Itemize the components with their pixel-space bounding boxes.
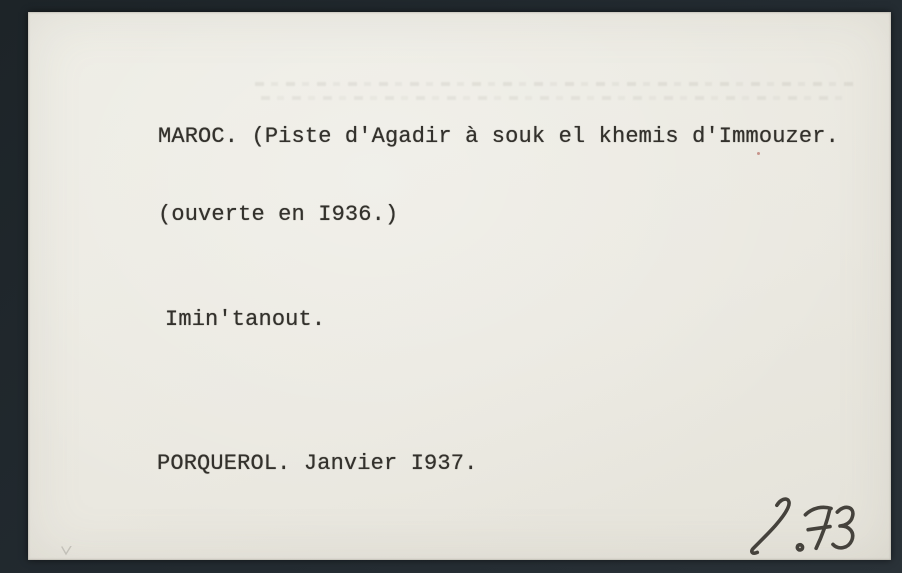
handwritten-inventory-number: L.73 (740, 491, 863, 563)
handwritten-number-text: L.73 (744, 563, 745, 564)
typewritten-line-title: MAROC. (Piste d'Agadir à souk el khemis … (158, 124, 839, 150)
faint-pencil-mark (61, 543, 73, 561)
typewritten-line-credit: PORQUEROL. Janvier I937. (157, 451, 477, 477)
index-card: MAROC. (Piste d'Agadir à souk el khemis … (28, 12, 891, 560)
typewritten-line-opened: (ouverte en I936.) (158, 202, 398, 228)
scan-background: MAROC. (Piste d'Agadir à souk el khemis … (0, 0, 902, 573)
red-ink-speck (757, 152, 760, 155)
ghost-typewriter-impression-row1 (255, 82, 855, 86)
ghost-typewriter-impression-row2 (261, 96, 849, 100)
typewritten-line-place: Imin'tanout. (165, 307, 325, 333)
